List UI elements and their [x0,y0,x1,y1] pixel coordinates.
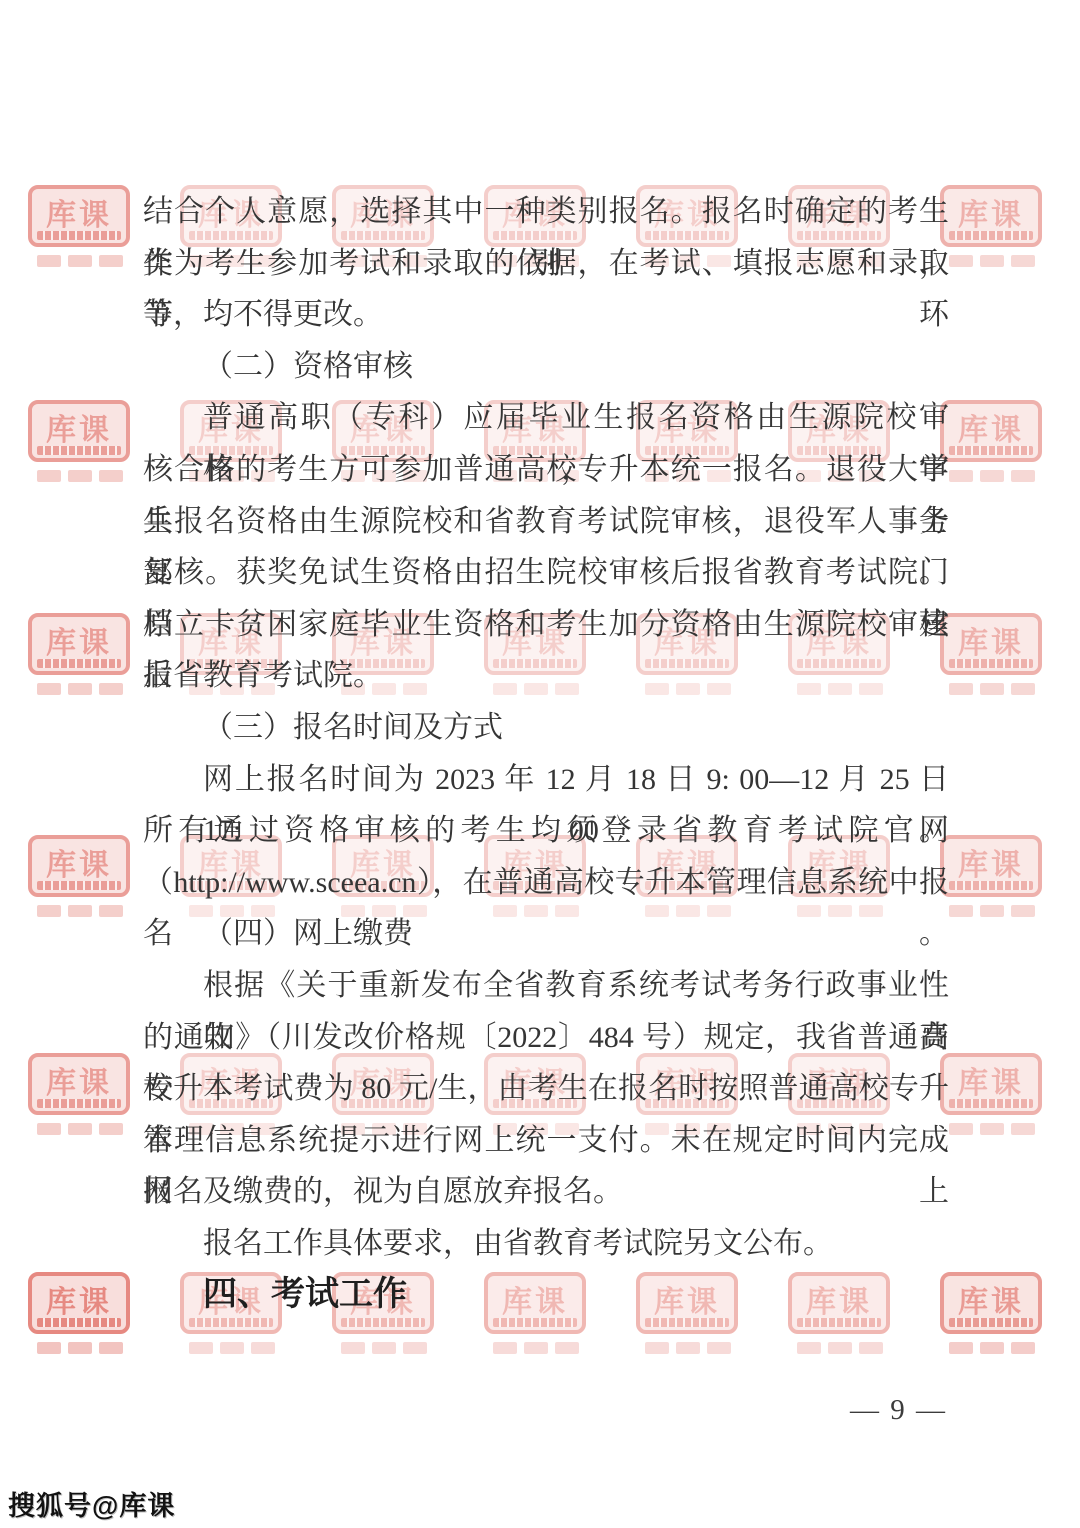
watermark-caption-chip [68,905,92,917]
text-line: 作为考生参加考试和录取的依据，在考试、填报志愿和录取等环 [143,238,949,290]
kuke-logo-fill [32,617,126,671]
kuke-logo-label: 库课 [958,190,1024,234]
kuke-logo-fill [944,189,1038,243]
watermark-caption-chip [949,905,973,917]
watermark-caption [28,255,132,267]
kuke-watermark: 库课 [28,400,132,482]
kuke-logo-label: 库课 [958,1058,1024,1102]
watermark-caption-chip [828,1342,852,1354]
text-line: 所有通过资格审核的考生均须登录省教育考试院官网 [143,805,949,857]
watermark-caption-chip [949,683,973,695]
kuke-watermark: 库课 [940,613,1044,695]
watermark-caption-chip [37,255,61,267]
watermark-caption-chip [980,255,1004,267]
kuke-logo-url-band [949,446,1033,455]
watermark-caption-chip [493,1342,517,1354]
kuke-logo: 库课 [940,400,1042,462]
text-line: （二）资格审核 [143,341,949,393]
watermark-caption-chip [1011,470,1035,482]
kuke-logo-url-band [949,231,1033,240]
watermark-caption-chip [949,1342,973,1354]
watermark-caption [180,1342,284,1354]
kuke-watermark: 库课 [940,1053,1044,1135]
document-text-block: 结合个人意愿，选择其中一种类别报名。报名时确定的考生类别，作为考生参加考试和录取… [143,186,949,1321]
watermark-caption-chip [220,1342,244,1354]
watermark-caption [940,683,1044,695]
kuke-logo: 库课 [28,835,130,897]
watermark-caption-chip [980,905,1004,917]
text-line: 根据《关于重新发布全省教育系统考试考务行政事业性收费 [143,960,949,1012]
kuke-logo-label: 库课 [46,840,112,884]
watermark-caption-chip [859,1342,883,1354]
kuke-watermark: 库课 [940,835,1044,917]
kuke-logo: 库课 [28,613,130,675]
text-line: 专升本考试费为 80 元/生，由考生在报名时按照普通高校专升本 [143,1063,949,1115]
watermark-caption-chip [949,470,973,482]
sohu-kuke-footer-tag: 搜狐号@库课 [8,1484,175,1523]
watermark-caption-chip [372,1342,396,1354]
watermark-caption-chip [37,683,61,695]
watermark-caption-chip [99,905,123,917]
kuke-watermark: 库课 [940,400,1044,482]
kuke-logo-label: 库课 [46,1277,112,1321]
text-line: 档立卡贫困家庭毕业生资格和考生加分资格由生源院校审核后 [143,599,949,651]
watermark-caption-chip [676,1342,700,1354]
watermark-caption-chip [1011,1123,1035,1135]
kuke-logo-label: 库课 [46,618,112,662]
kuke-logo-fill [944,404,1038,458]
watermark-caption-chip [555,1342,579,1354]
watermark-caption [28,1342,132,1354]
watermark-caption-chip [797,1342,821,1354]
kuke-logo: 库课 [28,1053,130,1115]
text-line: 报省教育考试院。 [143,650,949,702]
watermark-caption-chip [99,683,123,695]
text-line: 网上报名时间为 2023 年 12 月 18 日 9: 00—12 月 25 日… [143,754,949,806]
watermark-caption-chip [68,470,92,482]
watermark-caption-chip [99,470,123,482]
kuke-logo-url-band [37,1099,121,1108]
kuke-logo-url-band [949,881,1033,890]
watermark-caption-chip [99,1123,123,1135]
watermark-caption-chip [980,1342,1004,1354]
kuke-logo: 库课 [940,613,1042,675]
watermark-caption [28,905,132,917]
watermark-caption-chip [980,470,1004,482]
watermark-caption [332,1342,436,1354]
watermark-caption-chip [707,1342,731,1354]
kuke-logo-url-band [37,446,121,455]
text-line: 复核。获奖免试生资格由招生院校审核后报省教育考试院。原建 [143,547,949,599]
watermark-caption-chip [403,1342,427,1354]
kuke-logo-label: 库课 [46,405,112,449]
kuke-logo-fill [944,617,1038,671]
watermark-caption-chip [99,1342,123,1354]
watermark-caption-chip [37,1123,61,1135]
watermark-caption-chip [645,1342,669,1354]
watermark-caption-chip [37,905,61,917]
watermark-caption-chip [1011,255,1035,267]
text-line: （三）报名时间及方式 [143,702,949,754]
kuke-logo-url-band [37,1318,121,1327]
text-line: （http://www.sceea.cn），在普通高校专升本管理信息系统中报名。 [143,857,949,909]
kuke-logo-fill [944,1057,1038,1111]
kuke-logo-fill [32,839,126,893]
watermark-caption [484,1342,588,1354]
kuke-watermark: 库课 [28,1272,132,1354]
watermark-caption [28,1123,132,1135]
watermark-caption [940,1342,1044,1354]
watermark-caption [636,1342,740,1354]
watermark-caption-chip [37,470,61,482]
kuke-logo-label: 库课 [46,190,112,234]
watermark-caption-chip [189,1342,213,1354]
kuke-logo-label: 库课 [958,405,1024,449]
kuke-logo-label: 库课 [958,840,1024,884]
kuke-watermark: 库课 [940,185,1044,267]
watermark-caption [940,1123,1044,1135]
kuke-logo-label: 库课 [46,1058,112,1102]
kuke-logo-url-band [37,659,121,668]
watermark-caption [940,470,1044,482]
kuke-logo-url-band [37,881,121,890]
kuke-logo: 库课 [940,835,1042,897]
watermark-caption-chip [1011,1342,1035,1354]
kuke-watermark: 库课 [28,1053,132,1135]
kuke-logo: 库课 [28,185,130,247]
kuke-logo: 库课 [28,1272,130,1334]
kuke-logo: 库课 [940,185,1042,247]
watermark-caption [28,683,132,695]
page-number: — 9 — [850,1394,947,1427]
kuke-logo: 库课 [28,400,130,462]
text-line: 核合格的考生方可参加普通高校专升本统一报名。退役大学生士 [143,444,949,496]
kuke-logo-fill [944,839,1038,893]
kuke-watermark: 库课 [28,613,132,695]
kuke-logo-fill [32,189,126,243]
kuke-logo: 库课 [940,1272,1042,1334]
text-line: 四、考试工作 [143,1269,949,1321]
kuke-logo-url-band [949,1099,1033,1108]
watermark-caption-chip [68,1342,92,1354]
kuke-logo-fill [32,1057,126,1111]
watermark-caption-chip [68,1123,92,1135]
watermark-caption-chip [980,1123,1004,1135]
kuke-watermark: 库课 [28,835,132,917]
watermark-caption-chip [251,1342,275,1354]
watermark-caption-chip [37,1342,61,1354]
watermark-caption-chip [524,1342,548,1354]
watermark-caption-chip [99,255,123,267]
kuke-logo-fill [32,1276,126,1330]
watermark-caption-chip [949,255,973,267]
text-line: 管理信息系统提示进行网上统一支付。未在规定时间内完成网上 [143,1115,949,1167]
watermark-caption-chip [980,683,1004,695]
kuke-watermark: 库课 [940,1272,1044,1354]
watermark-caption-chip [341,1342,365,1354]
text-line: 的通知》（川发改价格规〔2022〕484 号）规定，我省普通高校 [143,1012,949,1064]
kuke-logo-url-band [949,659,1033,668]
kuke-logo-fill [944,1276,1038,1330]
kuke-logo: 库课 [940,1053,1042,1115]
kuke-logo-fill [32,404,126,458]
kuke-logo-label: 库课 [958,1277,1024,1321]
watermark-caption-chip [1011,683,1035,695]
watermark-caption [940,255,1044,267]
watermark-caption-chip [68,255,92,267]
document-page: 库课库课库课库课库课库课库课库课库课库课库课库课库课库课库课库课库课库课库课库课… [0,0,1080,1528]
watermark-caption-chip [68,683,92,695]
text-line: 报名工作具体要求，由省教育考试院另文公布。 [143,1218,949,1270]
kuke-logo-url-band [37,231,121,240]
kuke-logo-url-band [949,1318,1033,1327]
watermark-caption [28,470,132,482]
watermark-caption [788,1342,892,1354]
text-line: 结合个人意愿，选择其中一种类别报名。报名时确定的考生类别， [143,186,949,238]
watermark-caption [940,905,1044,917]
text-line: 普通高职（专科）应届毕业生报名资格由生源院校审核，审 [143,392,949,444]
watermark-caption-chip [949,1123,973,1135]
text-line: 兵报名资格由生源院校和省教育考试院审核，退役军人事务部门 [143,496,949,548]
kuke-logo-label: 库课 [958,618,1024,662]
kuke-watermark: 库课 [28,185,132,267]
watermark-caption-chip [1011,905,1035,917]
